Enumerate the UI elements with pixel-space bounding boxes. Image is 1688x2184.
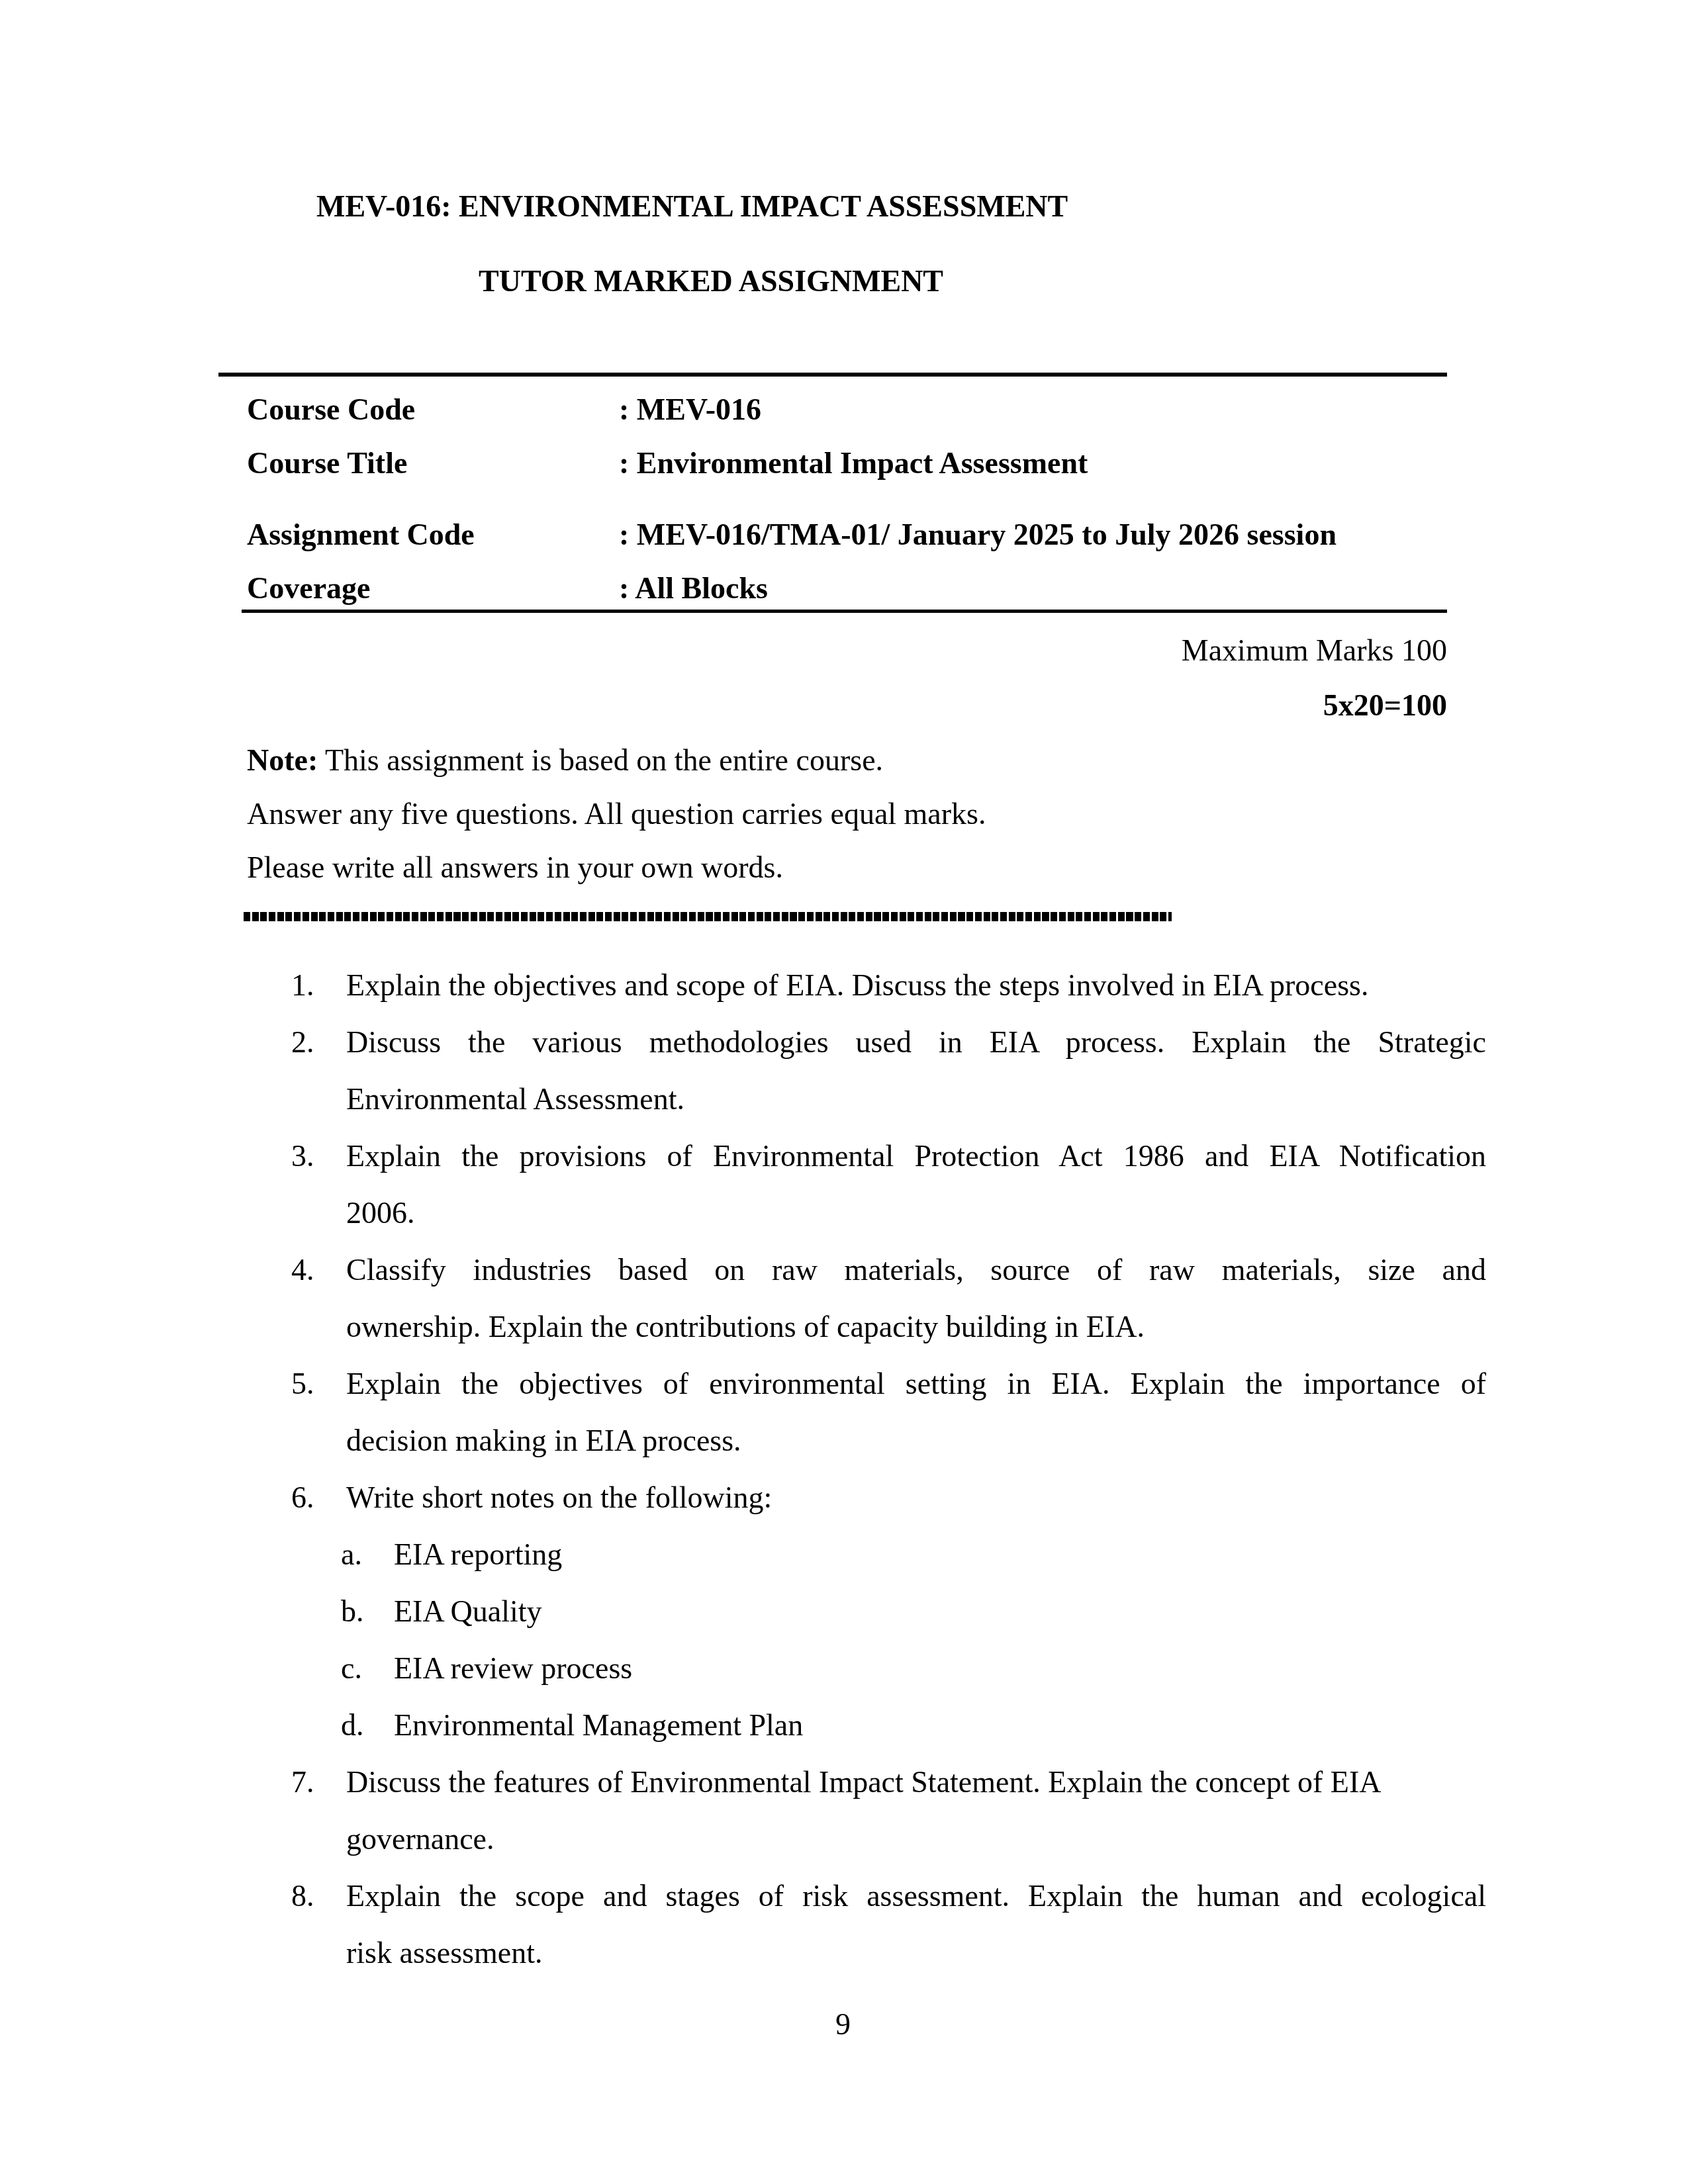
question-number: 7. (291, 1754, 331, 1811)
info-value-assignment-code: : MEV-016/TMA-01/ January 2025 to July 2… (619, 520, 1336, 550)
question-text-line-2: risk assessment. (346, 1925, 1486, 1981)
question-text-line-2: decision making in EIA process. (346, 1412, 1486, 1469)
question-number: 4. (291, 1242, 331, 1298)
table-top-rule (218, 373, 1447, 377)
question-text: Write short notes on the following: (346, 1469, 1486, 1526)
dashed-separator (244, 912, 1172, 921)
question-number: 5. (291, 1355, 331, 1412)
subitem-text: EIA review process (394, 1653, 632, 1684)
instruction-line-3: Please write all answers in your own wor… (247, 852, 783, 883)
question-text-line-1: Discuss the various methodologies used i… (346, 1014, 1486, 1071)
course-heading: MEV-016: ENVIRONMENTAL IMPACT ASSESSMENT (316, 189, 1068, 224)
question-text-line-2: Environmental Assessment. (346, 1071, 1486, 1128)
question-text-line-2: governance. (346, 1811, 1470, 1868)
assignment-subheading: TUTOR MARKED ASSIGNMENT (479, 263, 943, 298)
subitem-letter: c. (341, 1653, 362, 1684)
question-text-line-1: Classify industries based on raw materia… (346, 1242, 1486, 1298)
question-text: Explain the objectives and scope of EIA.… (346, 957, 1486, 1014)
question-text-line-1: Discuss the features of Environmental Im… (346, 1754, 1470, 1811)
question-number: 1. (291, 957, 331, 1014)
maximum-marks: Maximum Marks 100 (1182, 635, 1447, 666)
note-line: Note: This assignment is based on the en… (247, 745, 883, 776)
info-label-course-title: Course Title (247, 448, 407, 478)
subitem-text: EIA Quality (394, 1596, 542, 1627)
info-value-course-title: : Environmental Impact Assessment (619, 448, 1088, 478)
subitem-letter: b. (341, 1596, 364, 1627)
subitem-text: EIA reporting (394, 1539, 562, 1570)
question-text-line-1: Explain the provisions of Environmental … (346, 1128, 1486, 1185)
marks-scheme: 5x20=100 (1323, 690, 1447, 721)
question-number: 8. (291, 1868, 331, 1925)
question-text-line-2: 2006. (346, 1185, 1486, 1242)
question-text-line-1: Explain the scope and stages of risk ass… (346, 1868, 1486, 1925)
subitem-text: Environmental Management Plan (394, 1710, 803, 1741)
info-value-coverage: : All Blocks (619, 573, 768, 604)
info-value-course-code: : MEV-016 (619, 394, 761, 425)
instruction-line-2: Answer any five questions. All question … (247, 799, 986, 829)
info-label-coverage: Coverage (247, 573, 370, 604)
note-text: This assignment is based on the entire c… (318, 743, 883, 777)
question-number: 6. (291, 1469, 331, 1526)
question-number: 2. (291, 1014, 331, 1071)
info-label-course-code: Course Code (247, 394, 415, 425)
note-label: Note: (247, 743, 318, 777)
info-label-assignment-code: Assignment Code (247, 520, 475, 550)
subitem-letter: d. (341, 1710, 364, 1741)
question-number: 3. (291, 1128, 331, 1185)
page-number: 9 (835, 2009, 851, 2040)
subitem-letter: a. (341, 1539, 362, 1570)
table-bottom-rule (242, 610, 1447, 613)
question-text-line-2: ownership. Explain the contributions of … (346, 1298, 1486, 1355)
question-text-line-1: Explain the objectives of environmental … (346, 1355, 1486, 1412)
